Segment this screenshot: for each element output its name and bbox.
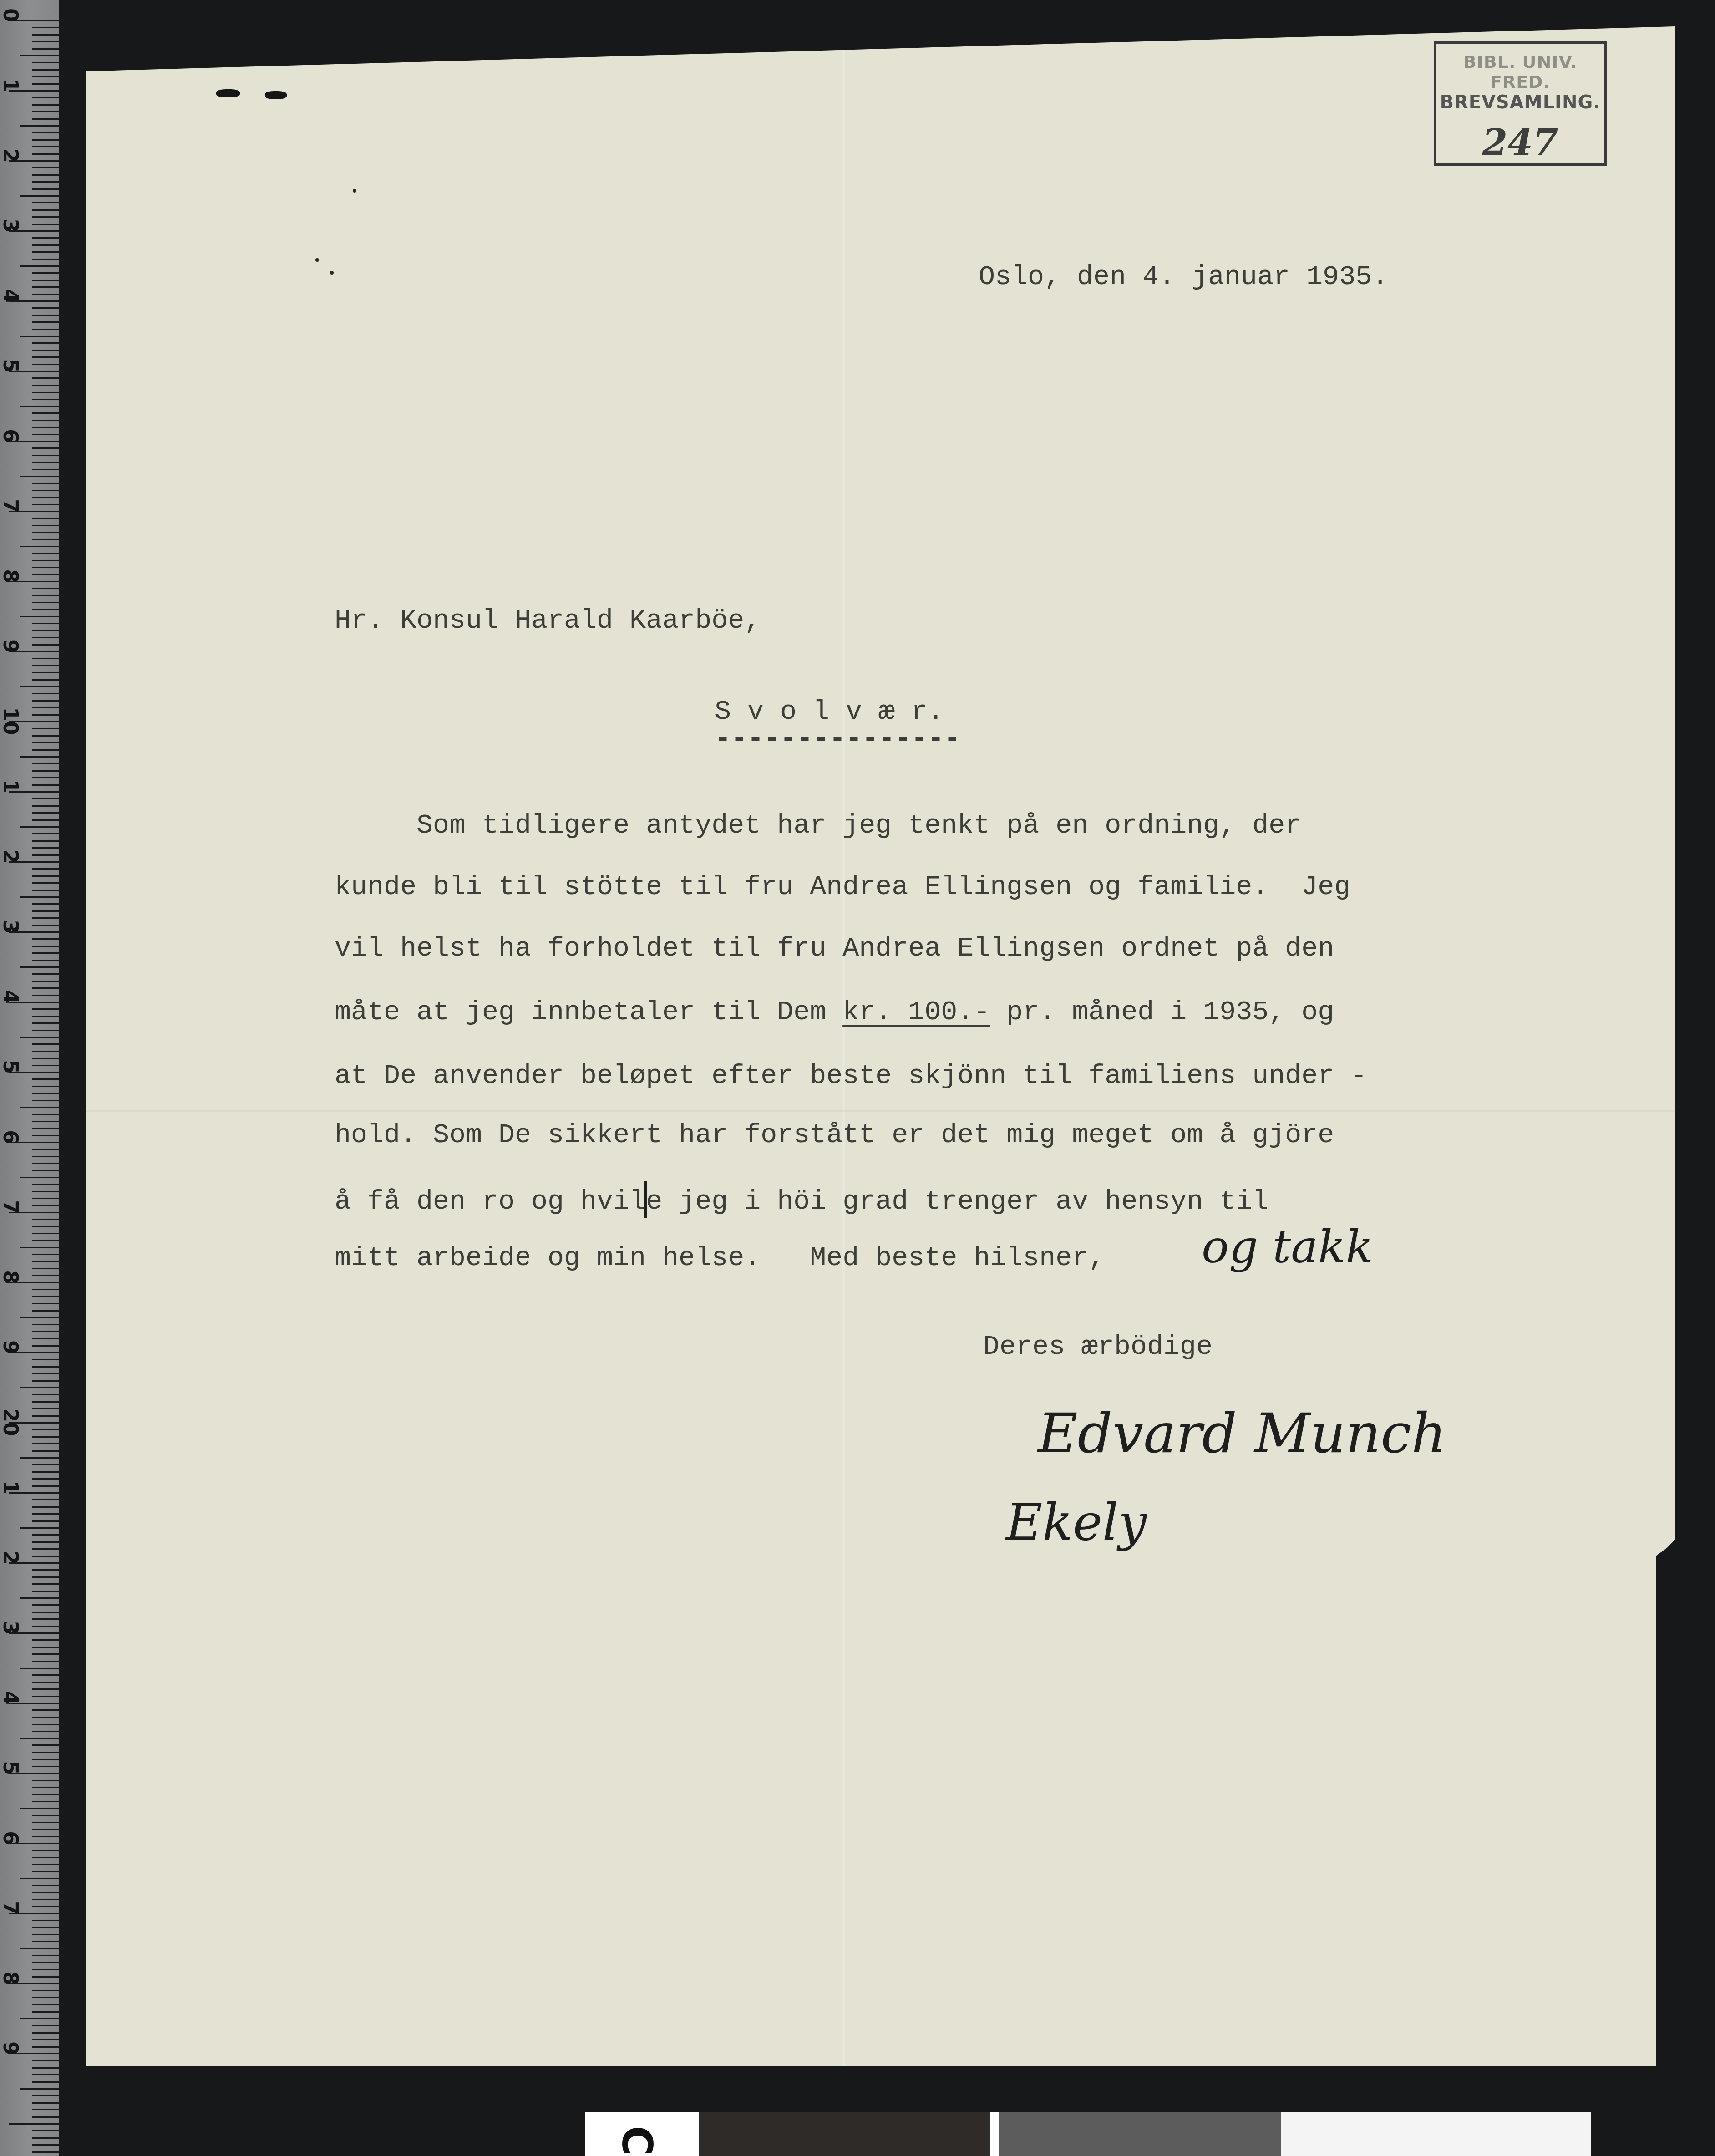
ruler-tick — [32, 1303, 59, 1304]
ruler-tick — [32, 805, 59, 807]
ruler-tick — [32, 1920, 59, 1921]
ruler-number: 9 — [0, 637, 22, 656]
body-line-3: vil helst ha forholdet til fru Andrea El… — [335, 933, 1334, 964]
ruler-tick — [32, 1822, 59, 1823]
ruler-tick — [32, 1296, 59, 1297]
ruler-tick — [20, 1948, 59, 1949]
ruler-tick — [20, 55, 59, 56]
ruler-tick — [32, 623, 59, 624]
ruler-tick — [32, 742, 59, 743]
ruler-number: 5 — [0, 1759, 22, 1777]
ruler-number: 8 — [0, 567, 22, 585]
ruler-tick — [32, 1478, 59, 1480]
ruler-tick — [32, 1128, 59, 1129]
ruler-tick — [32, 2081, 59, 2083]
ruler-tick — [32, 1836, 59, 1837]
ruler-tick — [32, 553, 59, 554]
ruler-tick — [32, 1394, 59, 1395]
ruler-tick — [32, 1450, 59, 1452]
ruler-tick — [32, 1114, 59, 1115]
ruler-tick — [32, 2130, 59, 2131]
ruler-tick — [32, 27, 59, 28]
ruler-tick — [32, 412, 59, 414]
ruler-tick — [32, 1583, 59, 1585]
ruler-tick — [20, 2018, 59, 2019]
ruler-tick — [20, 195, 59, 197]
ruler-tick — [20, 1107, 59, 1108]
ruler-tick — [32, 1759, 59, 1760]
ruler-tick — [32, 2060, 59, 2061]
ruler-tick — [32, 1688, 59, 1690]
signature: Edvard Munch — [1038, 1402, 1446, 1465]
ruler-tick — [32, 595, 59, 596]
ruler-tick — [32, 2116, 59, 2118]
ruler-tick — [32, 854, 59, 856]
ruler-tick — [32, 1941, 59, 1942]
ruler-tick — [32, 819, 59, 821]
ruler-tick — [32, 833, 59, 834]
ruler-number: 5 — [0, 1058, 22, 1076]
paper-fold — [86, 1110, 1675, 1112]
ruler-tick — [32, 469, 59, 470]
ruler-tick — [20, 1808, 59, 1809]
ruler-tick — [32, 139, 59, 141]
ruler-tick — [32, 2095, 59, 2096]
stamp-institution: BIBL. UNIV. FRED. — [1436, 52, 1604, 92]
ruler-tick — [32, 987, 59, 989]
ruler-tick — [32, 202, 59, 203]
ruler-tick — [32, 167, 59, 168]
ruler-tick — [32, 1674, 59, 1676]
ruler-tick — [20, 1878, 59, 1879]
ruler-tick — [32, 1471, 59, 1473]
ruler-tick — [32, 973, 59, 975]
ruler-tick — [32, 1093, 59, 1094]
ruler-tick — [32, 714, 59, 716]
ruler-tick — [20, 336, 59, 337]
ruler-tick — [20, 826, 59, 828]
body-line-4-end: pr. måned i 1935, og — [990, 997, 1334, 1028]
body-line-7: å få den ro og hvile jeg i höi grad tren… — [335, 1181, 1268, 1218]
ruler-tick — [20, 1247, 59, 1248]
ruler-tick — [32, 1969, 59, 1970]
ruler-tick — [32, 539, 59, 540]
ruler-tick — [32, 1864, 59, 1865]
ruler-tick — [32, 735, 59, 737]
ruler-tick — [32, 420, 59, 421]
ruler-tick — [32, 1233, 59, 1234]
ruler-tick — [32, 518, 59, 519]
amount-underlined: kr. 100.- — [842, 997, 990, 1028]
ruler-tick — [32, 2039, 59, 2040]
ruler-tick — [32, 995, 59, 996]
ruler-number: 3 — [0, 1619, 22, 1637]
ruler-tick — [20, 1527, 59, 1529]
ruler-tick — [32, 1752, 59, 1753]
letter-recipient: Hr. Konsul Harald Kaarböe, — [335, 605, 761, 636]
ruler-tick — [32, 763, 59, 764]
ruler-tick — [32, 97, 59, 98]
ruler-tick — [32, 1520, 59, 1522]
ruler-tick — [32, 609, 59, 610]
stamp-collection: BREVSAMLING. — [1436, 92, 1604, 113]
ruler-tick — [32, 307, 59, 309]
letter-date: Oslo, den 4. januar 1935. — [979, 262, 1388, 293]
ruler-tick — [32, 798, 59, 799]
paper-fold — [842, 26, 845, 2066]
ruler-tick — [32, 1794, 59, 1795]
ruler-tick — [32, 1156, 59, 1157]
ruler-tick — [20, 1387, 59, 1388]
ruler-number: 0 — [0, 6, 22, 25]
ruler-number: 4 — [0, 988, 22, 1006]
ruler-tick — [20, 1317, 59, 1318]
ruler-tick — [32, 658, 59, 659]
ruler-tick — [32, 925, 59, 926]
ruler-tick — [32, 784, 59, 786]
ruler-tick — [32, 847, 59, 849]
ruler-tick — [32, 1576, 59, 1578]
body-line-4-start: måte at jeg innbetaler til Dem — [335, 997, 842, 1028]
ruler-tick — [20, 1597, 59, 1599]
ruler-tick — [32, 875, 59, 877]
ruler-tick — [32, 1801, 59, 1802]
ruler-tick — [32, 1513, 59, 1515]
ruler-tick — [32, 707, 59, 708]
ruler-tick — [32, 1618, 59, 1620]
ruler-tick — [32, 1850, 59, 1851]
ruler-tick — [32, 560, 59, 561]
ruler-tick — [32, 399, 59, 400]
calibration-label: C — [613, 2125, 660, 2156]
ruler-tick — [32, 153, 59, 155]
location-underline: --------------- — [715, 724, 960, 755]
ruler-tick — [32, 41, 59, 42]
ruler-tick — [32, 1682, 59, 1683]
ruler-tick — [32, 146, 59, 147]
letter-sheet — [86, 26, 1675, 2066]
ruler-tick — [32, 329, 59, 330]
ruler-tick — [32, 1829, 59, 1830]
ruler-tick — [20, 2088, 59, 2090]
ruler-tick — [32, 1506, 59, 1508]
ruler-tick — [20, 476, 59, 477]
ruler-number: 1 — [0, 1479, 22, 1497]
ruler-tick — [32, 181, 59, 183]
ruler-tick — [32, 2151, 59, 2153]
ruler-tick — [32, 1324, 59, 1325]
ruler-number: 3 — [0, 918, 22, 936]
ruler-number: 9 — [0, 2039, 22, 2058]
ruler-tick — [32, 1366, 59, 1368]
ruler-tick — [32, 2004, 59, 2005]
ruler-tick — [32, 574, 59, 575]
ruler-number: 7 — [0, 497, 22, 515]
ruler-tick — [32, 1892, 59, 1893]
ruler-tick — [32, 1661, 59, 1662]
ruler-tick — [32, 1191, 59, 1192]
calibration-patch-gray — [999, 2112, 1281, 2156]
ruler-tick — [32, 728, 59, 729]
ruler-tick — [32, 1569, 59, 1571]
ruler-tick — [32, 237, 59, 239]
ruler-tick — [20, 686, 59, 687]
body-line-7-end: e jeg i höi grad trenger av hensyn til — [646, 1186, 1268, 1217]
ruler-tick — [32, 62, 59, 63]
body-line-4: måte at jeg innbetaler til Dem kr. 100.-… — [335, 997, 1334, 1028]
closing: Deres ærbödige — [983, 1332, 1213, 1363]
ruler-tick — [32, 868, 59, 870]
ruler-tick — [32, 770, 59, 772]
ruler-tick — [32, 1380, 59, 1382]
ruler-tick — [32, 1310, 59, 1312]
ruler-tick — [32, 1275, 59, 1276]
ruler-tick — [32, 1170, 59, 1171]
ink-speck — [315, 258, 319, 262]
ruler-tick — [32, 693, 59, 694]
ruler-tick — [32, 2074, 59, 2075]
ruler-tick — [32, 1955, 59, 1956]
ruler-tick — [32, 903, 59, 905]
body-line-6: hold. Som De sikkert har forstått er det… — [335, 1120, 1334, 1151]
ruler-tick — [32, 777, 59, 778]
ruler-tick — [32, 392, 59, 393]
ruler-tick — [32, 1198, 59, 1199]
ruler-tick — [32, 118, 59, 120]
ruler-tick — [32, 1626, 59, 1627]
ruler-tick — [32, 1016, 59, 1017]
ruler-tick — [32, 1030, 59, 1031]
ruler-tick — [32, 2011, 59, 2013]
ruler-tick — [32, 1766, 59, 1767]
ruler-tick — [32, 1205, 59, 1206]
ruler-tick — [32, 1744, 59, 1746]
ruler-tick — [32, 1499, 59, 1500]
ruler-tick — [20, 546, 59, 547]
ruler-tick — [32, 1331, 59, 1332]
ruler-tick — [32, 1534, 59, 1536]
ink-speck — [330, 271, 334, 275]
ruler-tick — [32, 1857, 59, 1858]
ruler-tick — [32, 1022, 59, 1024]
ruler-tick — [32, 1927, 59, 1928]
ruler-tick — [20, 966, 59, 968]
ruler-tick — [32, 280, 59, 281]
ruler-tick — [32, 385, 59, 386]
ruler-tick — [32, 259, 59, 260]
ruler-tick — [32, 356, 59, 358]
ruler-tick — [32, 1709, 59, 1711]
ruler-tick — [32, 1548, 59, 1550]
ruler-number: 7 — [0, 1899, 22, 1917]
ruler-tick — [32, 1464, 59, 1465]
ruler-tick — [32, 1135, 59, 1136]
ruler-tick — [32, 938, 59, 940]
ruler-tick — [20, 1738, 59, 1739]
ruler-tick — [32, 1604, 59, 1606]
ruler-tick — [20, 896, 59, 898]
ruler-number: 6 — [0, 427, 22, 445]
ruler-tick — [32, 69, 59, 71]
body-line-5: at De anvender beløpet efter beste skjön… — [335, 1061, 1367, 1092]
ruler-tick — [32, 251, 59, 253]
ruler-tick — [32, 890, 59, 891]
ruler-tick — [9, 2123, 59, 2125]
ruler-tick — [32, 1885, 59, 1886]
ruler-tick — [32, 224, 59, 225]
ruler-tick — [32, 1787, 59, 1788]
ruler-tick — [32, 364, 59, 365]
ruler-tick — [32, 679, 59, 681]
ruler-tick — [32, 960, 59, 961]
ruler-tick — [32, 637, 59, 638]
body-line-8: mitt arbeide og min helse. Med beste hil… — [335, 1243, 1105, 1274]
ruler-tick — [32, 455, 59, 456]
ruler-tick — [32, 981, 59, 982]
ruler-tick — [32, 244, 59, 246]
ruler-number: 8 — [0, 1268, 22, 1286]
ruler-tick — [20, 616, 59, 617]
ruler-tick — [32, 1653, 59, 1655]
ruler-tick — [20, 1037, 59, 1038]
ruler-tick — [32, 497, 59, 498]
ruler-tick — [32, 377, 59, 379]
ruler-tick — [32, 1976, 59, 1978]
letter-location: S v o l v æ r. — [715, 697, 944, 727]
ruler-tick — [32, 2067, 59, 2069]
ruler-tick — [32, 1268, 59, 1269]
ruler-tick — [32, 1997, 59, 1998]
ruler-tick — [32, 1415, 59, 1417]
ruler-tick — [32, 1731, 59, 1732]
ruler-tick — [32, 434, 59, 435]
ruler-tick — [32, 490, 59, 491]
ruler-number: 2 — [0, 848, 22, 866]
ruler-number: 6 — [0, 1128, 22, 1146]
ruler-tick — [32, 882, 59, 884]
ruler-tick — [32, 286, 59, 288]
ruler-tick — [32, 1556, 59, 1557]
ruler-tick — [32, 1899, 59, 1900]
ruler-tick — [32, 1401, 59, 1403]
ruler-tick — [32, 840, 59, 842]
ruler-tick — [32, 700, 59, 702]
ink-mark — [216, 89, 240, 97]
archive-stamp: BIBL. UNIV. FRED. BREVSAMLING. 247 — [1434, 41, 1607, 166]
calibration-separator — [990, 2112, 999, 2156]
ruler-tick — [32, 1240, 59, 1241]
ruler-tick — [32, 952, 59, 954]
ruler-number: 5 — [0, 357, 22, 375]
ruler-tick — [32, 2137, 59, 2139]
ruler-tick — [32, 749, 59, 751]
ink-speck — [353, 189, 356, 193]
ruler-tick — [32, 48, 59, 50]
ruler-tick — [32, 525, 59, 526]
ruler-tick — [32, 1639, 59, 1641]
ruler-tick — [32, 910, 59, 912]
ruler-tick — [32, 1696, 59, 1697]
body-line-1: Som tidligere antydet har jeg tenkt på e… — [335, 810, 1301, 841]
ruler-tick — [32, 630, 59, 631]
ruler-tick — [32, 1100, 59, 1101]
ruler-tick — [32, 174, 59, 176]
ruler-tick — [32, 2102, 59, 2104]
ruler-tick — [32, 1485, 59, 1487]
ruler-tick — [32, 1871, 59, 1872]
ruler-tick — [32, 1359, 59, 1360]
ruler-tick — [32, 2046, 59, 2048]
calibration-patch-dark — [699, 2112, 990, 2156]
ruler-tick — [32, 2025, 59, 2026]
ruler-tick — [32, 1261, 59, 1262]
ruler-number: 2 — [0, 1549, 22, 1567]
ruler-tick — [32, 1149, 59, 1150]
ink-mark — [265, 91, 287, 99]
ruler-tick — [32, 427, 59, 428]
ruler-tick — [20, 265, 59, 267]
ruler-tick — [32, 1065, 59, 1066]
ruler-tick — [32, 1780, 59, 1781]
ruler-tick — [32, 644, 59, 646]
ruler-tick — [32, 1345, 59, 1347]
ruler-tick — [32, 602, 59, 603]
ruler-tick — [32, 462, 59, 463]
ruler-tick — [32, 1990, 59, 1991]
ruler-tick — [32, 1289, 59, 1290]
ruler-tick — [32, 504, 59, 505]
ruler-number: 6 — [0, 1829, 22, 1847]
ruler-tick — [20, 125, 59, 127]
ruler-tick — [32, 104, 59, 106]
ruler-tick — [32, 1254, 59, 1255]
ruler-tick — [32, 76, 59, 77]
ruler-number: 1 — [0, 76, 22, 95]
ruler-tick — [32, 1815, 59, 1816]
ruler-tick — [32, 1226, 59, 1227]
ruler-tick — [32, 272, 59, 274]
ruler-tick — [32, 1163, 59, 1164]
ruler-number: 1 — [0, 778, 22, 796]
ruler-tick — [32, 588, 59, 589]
ruler-tick — [32, 294, 59, 295]
ruler-tick — [32, 1008, 59, 1010]
ruler-tick — [32, 1724, 59, 1725]
body-line-2: kunde bli til stötte til fru Andrea Elli… — [335, 872, 1350, 903]
ruler-tick — [32, 672, 59, 673]
ruler-number: 4 — [0, 287, 22, 305]
ruler-number: 2 — [0, 147, 22, 165]
ruler-tick — [32, 132, 59, 133]
ruler-tick — [32, 216, 59, 218]
ruler-tick — [32, 1078, 59, 1080]
ruler-number: 7 — [0, 1198, 22, 1216]
ruler-number: 4 — [0, 1689, 22, 1707]
ruler-tick — [32, 209, 59, 211]
ruler-tick — [20, 1177, 59, 1178]
ruler-tick — [20, 1457, 59, 1459]
body-line-7-start: å få den ro og hvil — [335, 1186, 646, 1217]
ruler-tick — [20, 406, 59, 407]
ruler-tick — [32, 83, 59, 85]
calibration-patch-light — [1281, 2112, 1591, 2156]
stamp-number: 247 — [1436, 121, 1604, 164]
ruler-tick — [32, 1373, 59, 1374]
ruler-tick — [32, 1043, 59, 1045]
measuring-ruler: 01234567891012345678920123456789 — [0, 0, 59, 2156]
ruler-tick — [32, 1408, 59, 1409]
ruler-tick — [32, 812, 59, 814]
